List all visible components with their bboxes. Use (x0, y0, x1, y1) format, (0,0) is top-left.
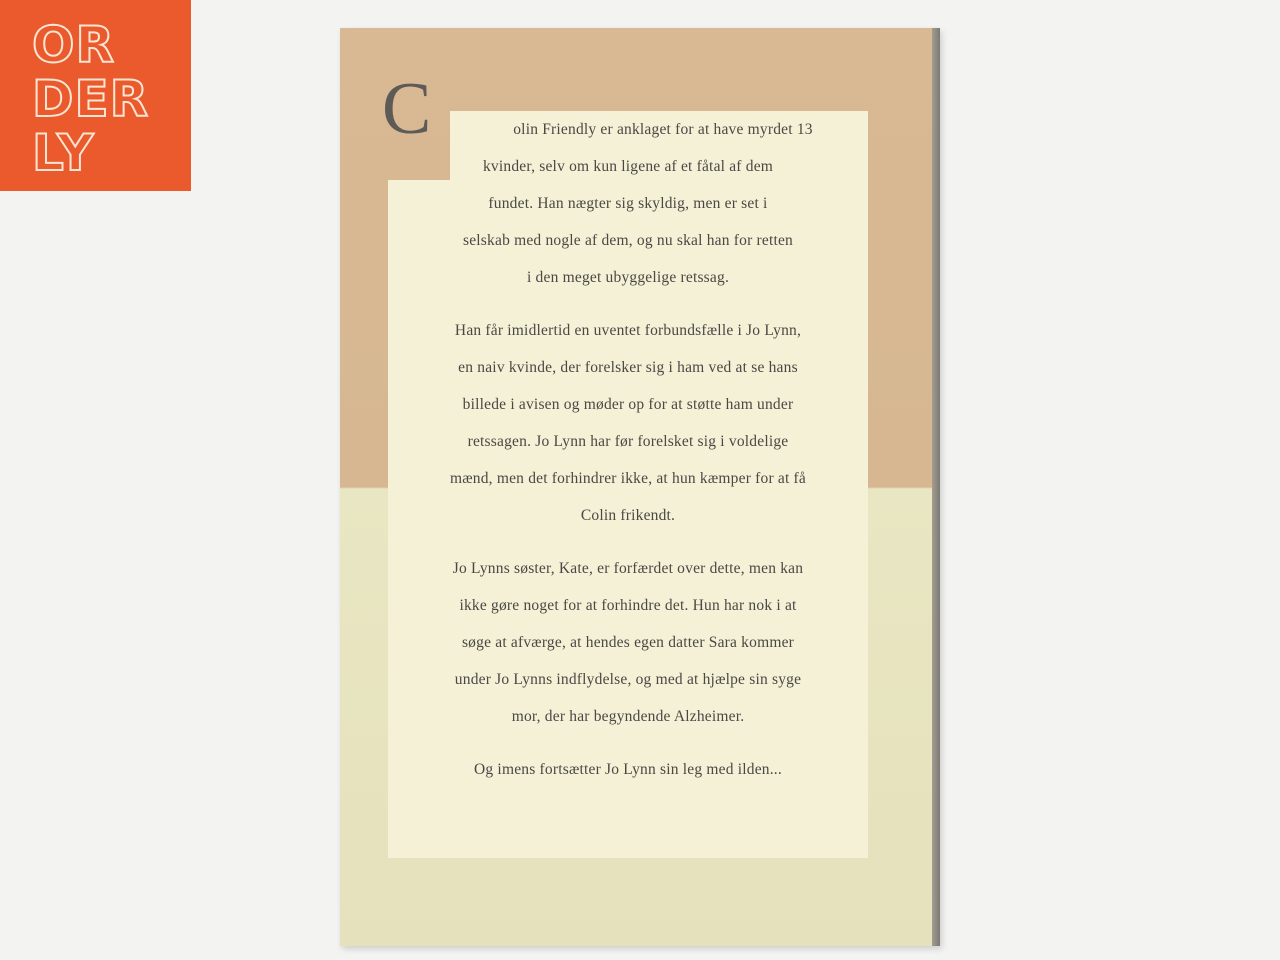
blurb-paragraph: Han får imidlertid en uventet forbundsfæ… (388, 312, 868, 534)
blurb-line: Colin frikendt. (388, 497, 868, 534)
logo-line-1: OR (32, 20, 115, 70)
blurb-paragraph: Jo Lynns søster, Kate, er forfærdet over… (388, 550, 868, 735)
blurb-paragraph: olin Friendly er anklaget for at have my… (388, 111, 868, 296)
blurb-text: olin Friendly er anklaget for at have my… (388, 111, 868, 804)
blurb-line: Og imens fortsætter Jo Lynn sin leg med … (388, 751, 868, 788)
blurb-line: mor, der har begyndende Alzheimer. (388, 698, 868, 735)
blurb-line: billede i avisen og møder op for at støt… (388, 386, 868, 423)
blurb-line: retssagen. Jo Lynn har før forelsket sig… (388, 423, 868, 460)
orderly-logo: OR DER LY (0, 0, 191, 191)
blurb-line: en naiv kvinde, der forelsker sig i ham … (388, 349, 868, 386)
blurb-line: Jo Lynns søster, Kate, er forfærdet over… (388, 550, 868, 587)
blurb-line: selskab med nogle af dem, og nu skal han… (388, 222, 868, 259)
book-spine-edge (932, 28, 940, 946)
blurb-line: under Jo Lynns indflydelse, og med at hj… (388, 661, 868, 698)
blurb-line: Han får imidlertid en uventet forbundsfæ… (388, 312, 868, 349)
blurb-paragraph: Og imens fortsætter Jo Lynn sin leg med … (388, 751, 868, 788)
blurb-line: søge at afværge, at hendes egen datter S… (388, 624, 868, 661)
logo-line-2: DER (32, 74, 149, 124)
book-back-cover: C olin Friendly er anklaget for at have … (340, 28, 940, 946)
blurb-line: i den meget ubyggelige retssag. (388, 259, 868, 296)
blurb-line: ikke gøre noget for at forhindre det. Hu… (388, 587, 868, 624)
blurb-line: fundet. Han nægter sig skyldig, men er s… (388, 185, 868, 222)
blurb-line: kvinder, selv om kun ligene af et fåtal … (388, 148, 868, 185)
blurb-line: olin Friendly er anklaget for at have my… (388, 111, 868, 148)
blurb-line: mænd, men det forhindrer ikke, at hun kæ… (388, 460, 868, 497)
logo-line-3: LY (32, 128, 94, 178)
